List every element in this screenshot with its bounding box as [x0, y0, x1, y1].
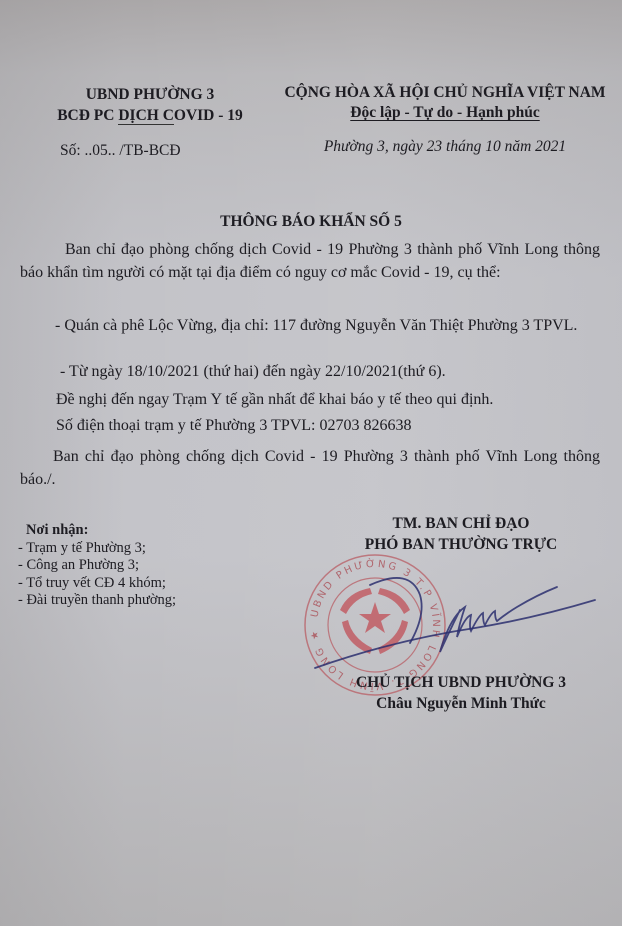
body-closing: Ban chỉ đạo phòng chống dịch Covid - 19 … [20, 445, 600, 491]
place-date: Phường 3, ngày 23 tháng 10 năm 2021 [250, 138, 622, 156]
recipient-item: - Công an Phường 3; [18, 557, 176, 575]
body-paragraph-intro: Ban chỉ đạo phòng chống dịch Covid - 19 … [20, 238, 600, 284]
org-committee-part3: OVID - 19 [174, 107, 243, 124]
recipient-item: - Tổ truy vết CĐ 4 khóm; [18, 575, 176, 593]
org-committee-part1: BCĐ PC [57, 107, 118, 124]
national-motto-text: Độc lập - Tự do - Hạnh phúc [350, 104, 539, 121]
document-page: UBND PHƯỜNG 3 BCĐ PC DỊCH COVID - 19 Số:… [0, 0, 622, 926]
signer-title: CHỦ TỊCH UBND PHƯỜNG 3 [300, 674, 622, 692]
country-name: CỘNG HÒA XÃ HỘI CHỦ NGHĨA VIỆT NAM [250, 84, 622, 102]
org-committee-part2: DỊCH C [118, 107, 174, 125]
handwritten-signature-icon [310, 570, 610, 680]
recipients-label: Nơi nhận: [18, 522, 176, 540]
recipients-list: Nơi nhận: - Trạm y tế Phường 3; - Công a… [18, 522, 176, 610]
document-number: Số: ..05.. /TB-BCĐ [60, 142, 181, 160]
signer-name: Châu Nguyễn Minh Thức [300, 695, 622, 713]
national-motto: Độc lập - Tự do - Hạnh phúc [250, 104, 622, 122]
recipient-item: - Đài truyền thanh phường; [18, 592, 176, 610]
body-date-range: - Từ ngày 18/10/2021 (thứ hai) đến ngày … [60, 360, 620, 383]
signature-role-1: TM. BAN CHỈ ĐẠO [300, 515, 622, 533]
recipient-item: - Trạm y tế Phường 3; [18, 540, 176, 558]
body-location: - Quán cà phê Lộc Vừng, địa chỉ: 117 đườ… [20, 314, 600, 337]
body-request: Đề nghị đến ngay Trạm Y tế gần nhất để k… [56, 388, 616, 411]
document-title: THÔNG BÁO KHẨN SỐ 5 [0, 213, 622, 231]
body-phone: Số điện thoại trạm y tế Phường 3 TPVL: 0… [56, 414, 616, 437]
